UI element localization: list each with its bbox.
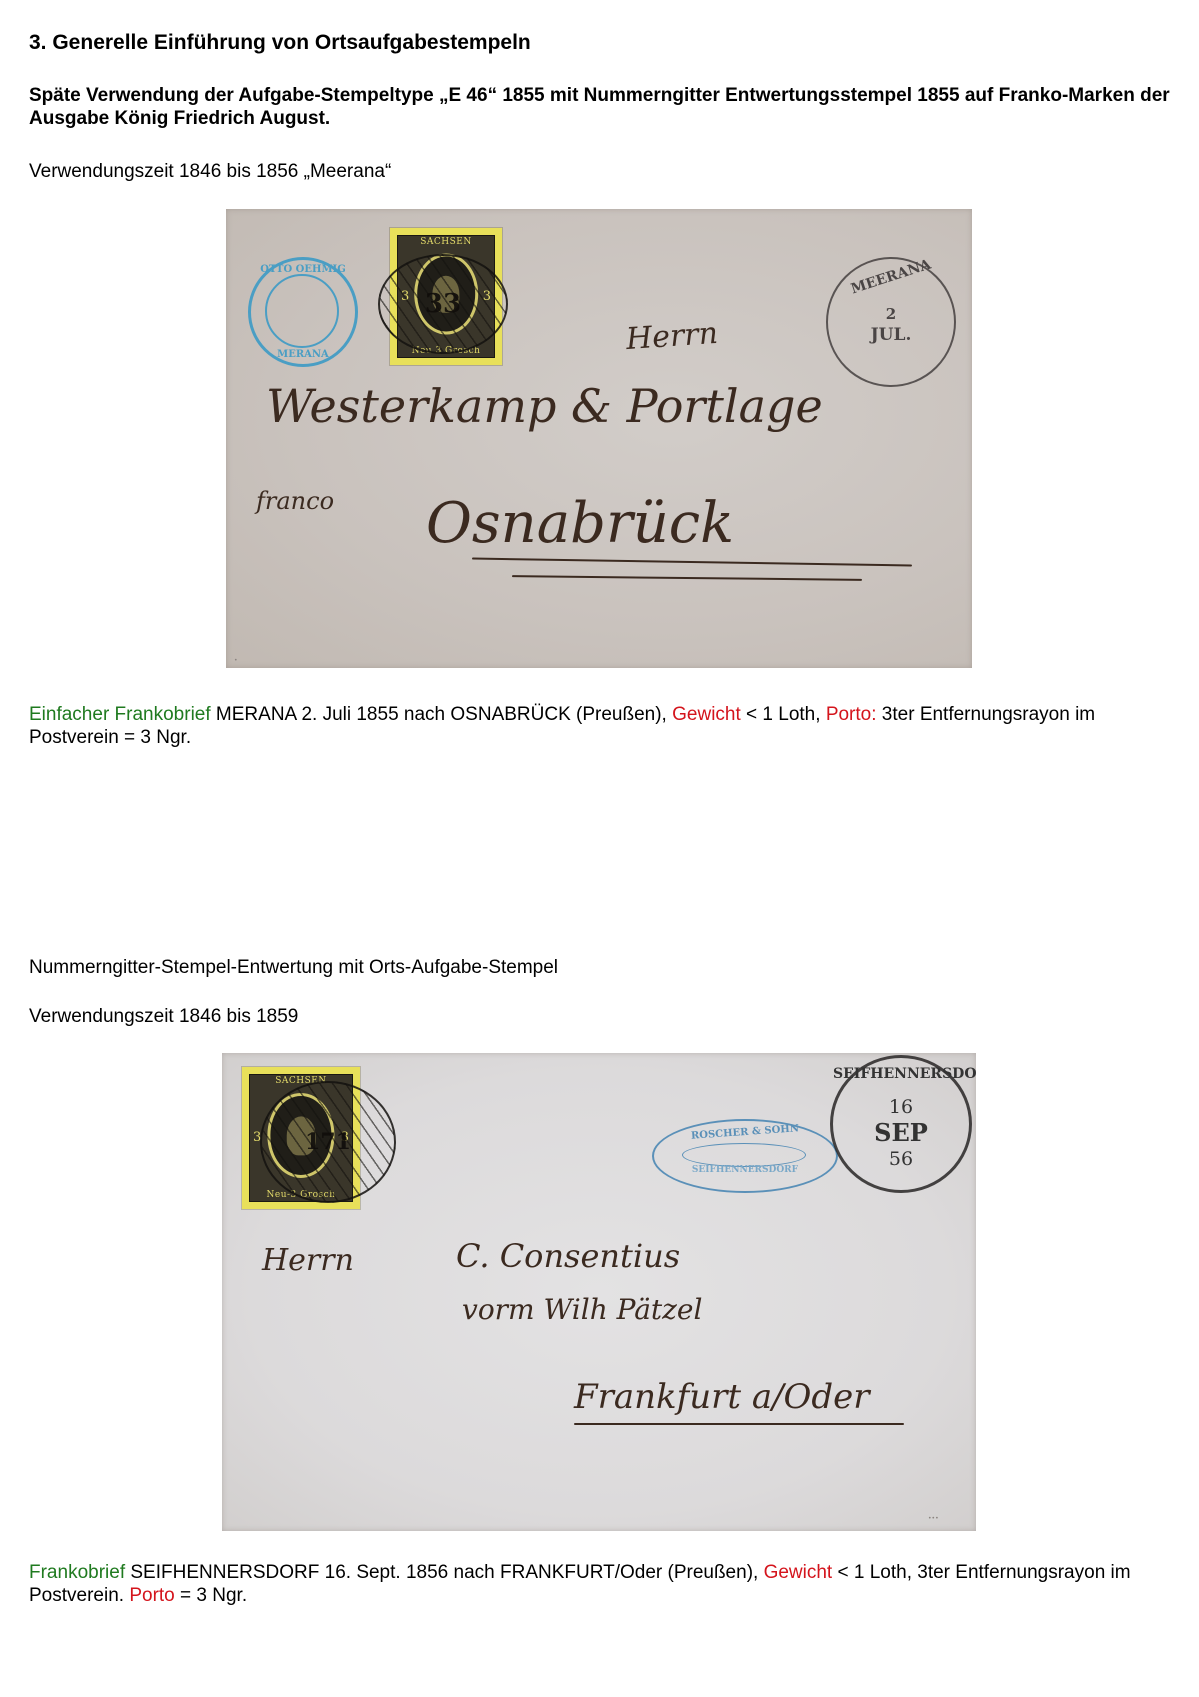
caption-category: Frankobrief [29, 1562, 125, 1583]
sender-handstamp-bottom: MERANA [251, 349, 355, 360]
address-line-3: vorm Wilh Pätzel [462, 1293, 702, 1326]
caption-category: Einfacher Frankobrief [29, 704, 211, 725]
section1-period: Verwendungszeit 1846 bis 1856 „Meerana“ [29, 160, 391, 183]
sender-handstamp-top: OTTO OEHMIG [251, 264, 355, 275]
town-postmark: SEIFHENNERSDORF 16 SEP 56 [830, 1055, 972, 1193]
cover-image-merana: OTTO OEHMIG MERANA SACHSEN 3 3 Neu 3 Gro… [226, 209, 972, 668]
address-line-3: Osnabrück [426, 491, 734, 556]
cover-image-seifhennersdorf: SACHSEN 3 3 Neu-3 Grosch 171 ROSCHER & S… [222, 1053, 976, 1531]
town-postmark: MEERANA 2 JUL. [826, 257, 956, 387]
postage-stamp: SACHSEN 3 3 Neu-3 Grosch 171 [242, 1067, 360, 1209]
address-line-2: Westerkamp & Portlage [266, 379, 823, 433]
address-line-1: Herrn [262, 1243, 354, 1278]
page-heading: 3. Generelle Einführung von Ortsaufgabes… [29, 31, 531, 55]
section2-period: Verwendungszeit 1846 bis 1859 [29, 1005, 298, 1028]
caption-porto-label: Porto [129, 1585, 174, 1606]
page-subheading: Späte Verwendung der Aufgabe-Stempeltype… [29, 84, 1179, 130]
address-line-2: C. Consentius [456, 1237, 680, 1275]
franco-annotation: franco [256, 487, 334, 515]
address-line-4: Frankfurt a/Oder [574, 1377, 870, 1417]
section2-title: Nummerngitter-Stempel-Entwertung mit Ort… [29, 956, 558, 979]
caption-weight-label: Gewicht [764, 1562, 833, 1583]
numeral-grid-cancel: 171 [260, 1081, 396, 1203]
section1-caption: Einfacher Frankobrief MERANA 2. Juli 185… [29, 703, 1179, 749]
section2-caption: Frankobrief SEIFHENNERSDORF 16. Sept. 18… [29, 1561, 1179, 1607]
address-line-1: Herrn [625, 316, 719, 357]
postage-stamp: SACHSEN 3 3 Neu 3 Grosch 33 [390, 228, 502, 365]
caption-porto-label: Porto: [826, 704, 877, 725]
caption-weight-label: Gewicht [672, 704, 741, 725]
sender-handstamp: OTTO OEHMIG MERANA [248, 257, 358, 367]
numeral-grid-cancel: 33 [378, 254, 508, 354]
sender-handstamp: ROSCHER & SOHN SEIFHENNERSDORF [652, 1119, 838, 1193]
